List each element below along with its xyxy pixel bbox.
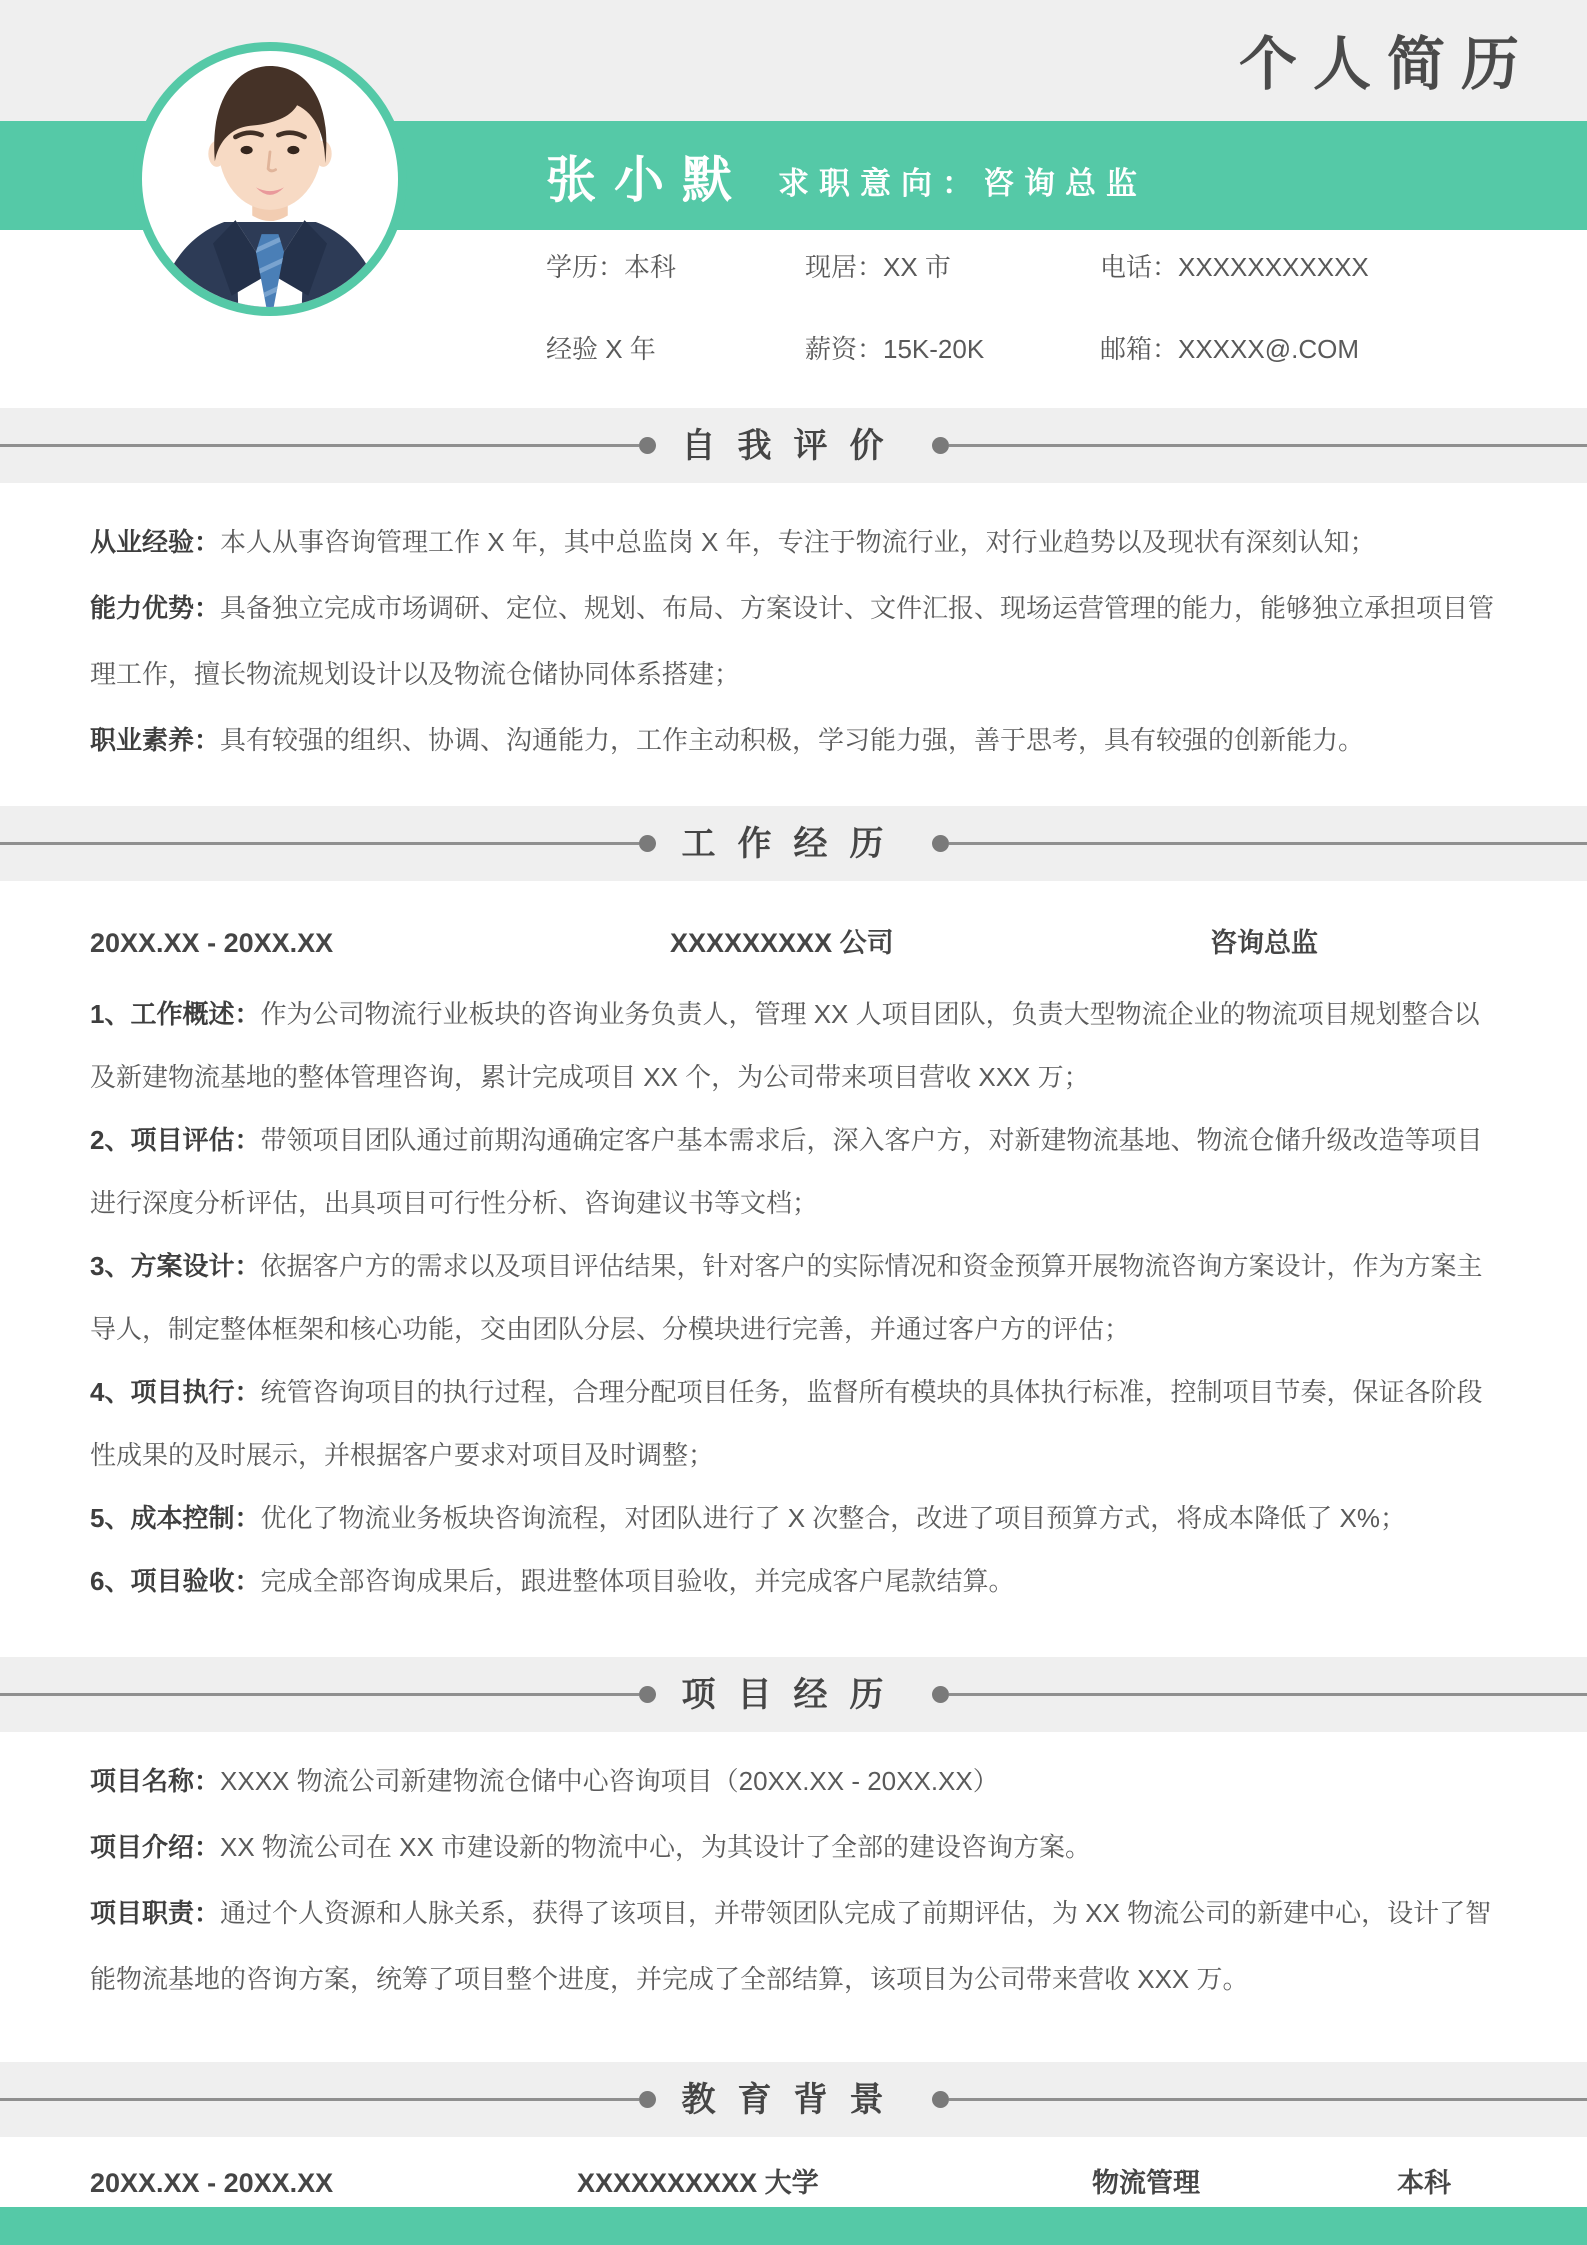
divider-line [0, 842, 639, 845]
work-item: 6、项目验收：完成全部咨询成果后，跟进整体项目验收，并完成客户尾款结算。 [90, 1550, 1497, 1613]
divider-line [949, 444, 1587, 447]
divider-line [0, 1693, 639, 1696]
info-education: 学历：本科 [546, 250, 805, 284]
item-label: 3、方案设计： [90, 1251, 260, 1281]
divider-line [949, 1693, 1587, 1696]
header: 个人简历 [0, 0, 1587, 408]
item-label: 项目名称： [90, 1766, 220, 1796]
education-period: 20XX.XX - 20XX.XX [90, 2163, 577, 2203]
info-location: 现居：XX 市 [805, 250, 1100, 284]
divider-dot [639, 835, 656, 852]
section-title: 教育背景 [682, 2083, 906, 2117]
info-experience: 经验 X 年 [546, 332, 805, 366]
section-title: 工作经历 [682, 827, 906, 861]
item-label: 6、项目验收： [90, 1566, 260, 1596]
candidate-name: 张小默 [546, 140, 750, 212]
item-label: 5、成本控制： [90, 1503, 260, 1533]
self-eval-item: 能力优势：具备独立完成市场调研、定位、规划、布局、方案设计、文件汇报、现场运营管… [90, 575, 1497, 707]
page-title: 个人简历 [1239, 36, 1535, 94]
divider-dot [932, 835, 949, 852]
section-header-work-experience: 工作经历 [0, 806, 1587, 881]
project-item: 项目介绍：XX 物流公司在 XX 市建设新的物流中心，为其设计了全部的建设咨询方… [90, 1814, 1497, 1880]
item-text: XX 物流公司在 XX 市建设新的物流中心，为其设计了全部的建设咨询方案。 [220, 1832, 1091, 1862]
item-text: 具备独立完成市场调研、定位、规划、布局、方案设计、文件汇报、现场运营管理的能力，… [90, 593, 1494, 689]
work-position: 咨询总监 [1210, 923, 1497, 963]
info-email: 邮箱：XXXXX@.COM [1100, 332, 1369, 366]
work-item: 2、项目评估：带领项目团队通过前期沟通确定客户基本需求后，深入客户方，对新建物流… [90, 1109, 1497, 1235]
education-major: 物流管理 [1092, 2163, 1397, 2203]
item-text: 作为公司物流行业板块的咨询业务负责人，管理 XX 人项目团队，负责大型物流企业的… [90, 999, 1480, 1092]
education-row: 20XX.XX - 20XX.XX XXXXXXXXXX 大学 物流管理 本科 [0, 2137, 1587, 2203]
item-text: 通过个人资源和人脉关系，获得了该项目，并带领团队完成了前期评估，为 XX 物流公… [90, 1898, 1491, 1994]
project-experience-section: 项目名称：XXXX 物流公司新建物流仓储中心咨询项目（20XX.XX - 20X… [0, 1732, 1587, 2062]
job-intention: 求职意向：咨询总监 [778, 158, 1147, 203]
item-label: 从业经验： [90, 527, 220, 557]
divider-line [0, 444, 639, 447]
project-item: 项目职责：通过个人资源和人脉关系，获得了该项目，并带领团队完成了前期评估，为 X… [90, 1880, 1497, 2012]
section-header-self-evaluation: 自我评价 [0, 408, 1587, 483]
work-items: 1、工作概述：作为公司物流行业板块的咨询业务负责人，管理 XX 人项目团队，负责… [90, 983, 1497, 1613]
item-label: 2、项目评估： [90, 1125, 260, 1155]
item-text: 依据客户方的需求以及项目评估结果，针对客户的实际情况和资金预算开展物流咨询方案设… [90, 1251, 1482, 1344]
work-company: XXXXXXXXX 公司 [670, 923, 1210, 963]
divider-line [949, 2098, 1587, 2101]
work-header-row: 20XX.XX - 20XX.XX XXXXXXXXX 公司 咨询总监 [90, 923, 1497, 963]
avatar [133, 42, 407, 316]
item-label: 项目职责： [90, 1898, 220, 1928]
footer-green-bar [0, 2207, 1587, 2245]
item-text: 完成全部咨询成果后，跟进整体项目验收，并完成客户尾款结算。 [260, 1566, 1014, 1596]
resume-page: 个人简历 [0, 0, 1587, 2245]
section-header-project-experience: 项目经历 [0, 1657, 1587, 1732]
avatar-illustration [142, 51, 398, 307]
item-text: 具有较强的组织、协调、沟通能力，工作主动积极，学习能力强，善于思考，具有较强的创… [220, 725, 1364, 755]
work-item: 4、项目执行：统管咨询项目的执行过程，合理分配项目任务，监督所有模块的具体执行标… [90, 1361, 1497, 1487]
self-evaluation-section: 从业经验：本人从事咨询管理工作 X 年，其中总监岗 X 年，专注于物流行业，对行… [0, 483, 1587, 806]
item-label: 4、项目执行： [90, 1377, 260, 1407]
contact-info: 学历：本科 现居：XX 市 电话：XXXXXXXXXXX 经验 X 年 薪资：1… [546, 250, 1369, 366]
work-item: 3、方案设计：依据客户方的需求以及项目评估结果，针对客户的实际情况和资金预算开展… [90, 1235, 1497, 1361]
item-text: 优化了物流业务板块咨询流程，对团队进行了 X 次整合，改进了项目预算方式，将成本… [260, 1503, 1405, 1533]
item-text: 统管咨询项目的执行过程，合理分配项目任务，监督所有模块的具体执行标准，控制项目节… [90, 1377, 1482, 1470]
divider-dot [932, 1686, 949, 1703]
divider-line [949, 842, 1587, 845]
self-eval-item: 从业经验：本人从事咨询管理工作 X 年，其中总监岗 X 年，专注于物流行业，对行… [90, 509, 1497, 575]
divider-dot [639, 437, 656, 454]
divider-dot [932, 437, 949, 454]
work-item: 1、工作概述：作为公司物流行业板块的咨询业务负责人，管理 XX 人项目团队，负责… [90, 983, 1497, 1109]
info-phone: 电话：XXXXXXXXXXX [1100, 250, 1369, 284]
divider-line [0, 2098, 639, 2101]
work-experience-section: 20XX.XX - 20XX.XX XXXXXXXXX 公司 咨询总监 1、工作… [0, 881, 1587, 1657]
item-label: 1、工作概述： [90, 999, 260, 1029]
item-text: 本人从事咨询管理工作 X 年，其中总监岗 X 年，专注于物流行业，对行业趋势以及… [220, 527, 1376, 557]
name-row: 张小默 求职意向：咨询总监 [546, 121, 1147, 230]
education-degree: 本科 [1397, 2163, 1497, 2203]
work-period: 20XX.XX - 20XX.XX [90, 923, 670, 963]
item-label: 职业素养： [90, 725, 220, 755]
divider-dot [932, 2091, 949, 2108]
section-header-education: 教育背景 [0, 2062, 1587, 2137]
item-label: 项目介绍： [90, 1832, 220, 1862]
item-text: 带领项目团队通过前期沟通确定客户基本需求后，深入客户方，对新建物流基地、物流仓储… [90, 1125, 1482, 1218]
project-item: 项目名称：XXXX 物流公司新建物流仓储中心咨询项目（20XX.XX - 20X… [90, 1748, 1497, 1814]
info-salary: 薪资：15K-20K [805, 332, 1100, 366]
divider-dot [639, 1686, 656, 1703]
self-eval-item: 职业素养：具有较强的组织、协调、沟通能力，工作主动积极，学习能力强，善于思考，具… [90, 707, 1497, 773]
section-title: 项目经历 [682, 1678, 906, 1712]
item-text: XXXX 物流公司新建物流仓储中心咨询项目（20XX.XX - 20XX.XX） [220, 1766, 999, 1796]
item-label: 能力优势： [90, 593, 220, 623]
work-item: 5、成本控制：优化了物流业务板块咨询流程，对团队进行了 X 次整合，改进了项目预… [90, 1487, 1497, 1550]
divider-dot [639, 2091, 656, 2108]
section-title: 自我评价 [682, 429, 906, 463]
education-school: XXXXXXXXXX 大学 [577, 2163, 1092, 2203]
